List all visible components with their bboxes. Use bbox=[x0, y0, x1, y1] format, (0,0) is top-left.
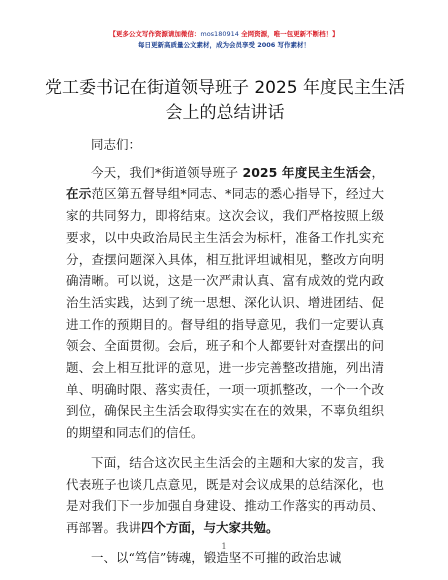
promo-prefix: 【更多公文写作资源请加微信： bbox=[109, 30, 200, 38]
promo-line-1: 【更多公文写作资源请加微信：mos180914 全网资源，唯一包更新不断档！】 bbox=[0, 29, 448, 40]
bold-run: 在示 bbox=[66, 186, 91, 201]
text-run: 一、以“笃信”铸魂，锻造坚不可摧的政治忠诚 bbox=[91, 550, 341, 565]
text-run: ， bbox=[371, 165, 384, 180]
text-run: 范区第五督导组*同志、*同志的悉心指导下，经过大家的共同努力，即将结束。这次会议… bbox=[66, 186, 384, 440]
paragraph-1: 今天，我们*街道领导班子 2025 年度民主生活会，在示范区第五督导组*同志、*… bbox=[66, 162, 384, 444]
wechat-id: mos180914 bbox=[200, 30, 239, 38]
bold-run: 2025 年度民主生活会 bbox=[243, 165, 372, 180]
promo-line-2: 每日更新高质量公文素材，成为会员享受 2006 写作素材！ bbox=[0, 40, 448, 51]
page-number: 1 bbox=[0, 542, 448, 551]
paragraph-2: 下面，结合这次民主生活会的主题和大家的发言，我代表班子也谈几点意见，既是对会议成… bbox=[66, 452, 384, 539]
document-body: 同志们： 今天，我们*街道领导班子 2025 年度民主生活会，在示范区第五督导组… bbox=[66, 134, 384, 568]
text-run: 今天，我们*街道领导班子 bbox=[91, 165, 243, 180]
bold-run: 四个方面，与大家共勉。 bbox=[141, 520, 279, 535]
promo-suffix: 全网资源，唯一包更新不断档！】 bbox=[239, 30, 339, 38]
document-title: 党工委书记在街道领导班子 2025 年度民主生活会上的总结讲话 bbox=[40, 76, 410, 126]
salutation: 同志们： bbox=[66, 134, 384, 156]
promo-banner: 【更多公文写作资源请加微信：mos180914 全网资源，唯一包更新不断档！】 … bbox=[0, 29, 448, 51]
